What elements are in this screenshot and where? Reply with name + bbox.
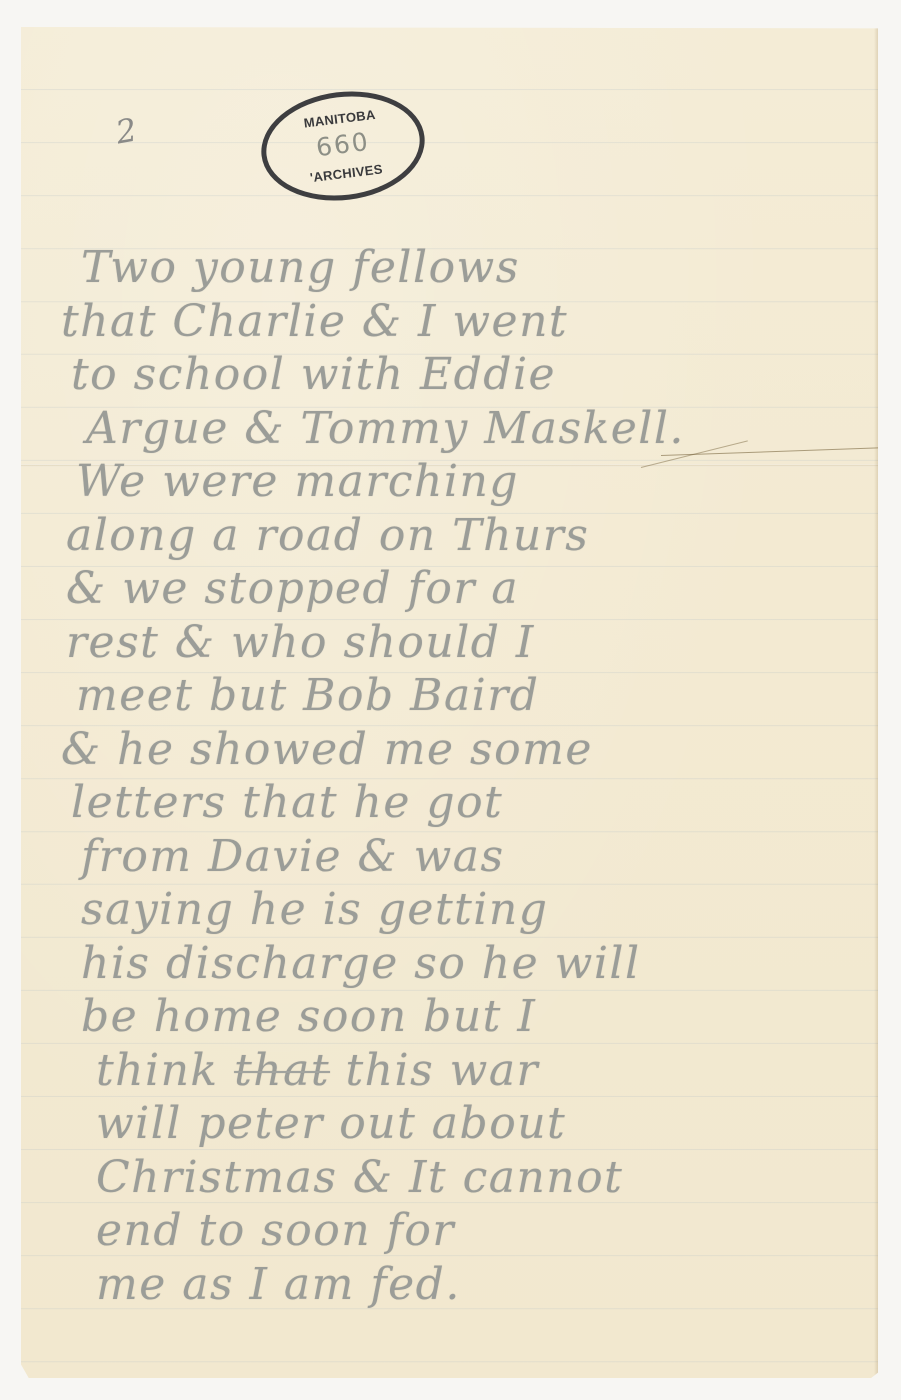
line-text: that Charlie & I went xyxy=(61,296,568,347)
letter-line: me as I am fed. xyxy=(61,1258,881,1312)
line-text: saying he is getting xyxy=(81,884,548,935)
letter-line: to school with Eddie xyxy=(61,348,881,402)
line-text: think xyxy=(96,1045,234,1096)
letter-line: & he showed me some xyxy=(61,723,881,777)
letter-line: Argue & Tommy Maskell. xyxy=(61,402,881,456)
letter-line: think that this war xyxy=(61,1044,881,1098)
archives-stamp: MANITOBA 660 'ARCHIVES xyxy=(255,82,431,209)
struck-through-word: that xyxy=(234,1045,330,1096)
letter-line: We were marching xyxy=(61,455,881,509)
line-text: from Davie & was xyxy=(81,831,505,882)
line-text: his discharge so he will xyxy=(81,938,641,989)
line-text: & he showed me some xyxy=(61,724,593,775)
letter-line: be home soon but I xyxy=(61,990,881,1044)
line-text: Two young fellows xyxy=(81,242,520,293)
letter-line: his discharge so he will xyxy=(61,937,881,991)
letter-line: saying he is getting xyxy=(61,883,881,937)
line-text: will peter out about xyxy=(96,1098,566,1149)
letter-page: 2 MANITOBA 660 'ARCHIVES Two young fello… xyxy=(21,27,878,1378)
line-text: Argue & Tommy Maskell. xyxy=(86,403,685,454)
letter-line: & we stopped for a xyxy=(61,562,881,616)
line-text: & we stopped for a xyxy=(66,563,519,614)
letter-line: letters that he got xyxy=(61,776,881,830)
line-text: meet but Bob Baird xyxy=(76,670,539,721)
line-text: me as I am fed. xyxy=(96,1259,461,1310)
line-text: rest & who should I xyxy=(66,617,535,668)
line-text: this war xyxy=(330,1045,539,1096)
letter-line: Two young fellows xyxy=(61,241,881,295)
letter-line: that Charlie & I went xyxy=(61,295,881,349)
letter-line: rest & who should I xyxy=(61,616,881,670)
letter-line: will peter out about xyxy=(61,1097,881,1151)
page-number: 2 xyxy=(113,111,140,152)
handwritten-letter-body: Two young fellows that Charlie & I went … xyxy=(61,241,881,1311)
letter-line: Christmas & It cannot xyxy=(61,1151,881,1205)
line-text: along a road on Thurs xyxy=(66,510,589,561)
line-text: be home soon but I xyxy=(81,991,536,1042)
letter-line: from Davie & was xyxy=(61,830,881,884)
letter-line: meet but Bob Baird xyxy=(61,669,881,723)
line-text: Christmas & It cannot xyxy=(96,1152,623,1203)
line-text: letters that he got xyxy=(71,777,503,828)
line-text: We were marching xyxy=(76,456,519,507)
line-text: to school with Eddie xyxy=(71,349,556,400)
line-text: end to soon for xyxy=(96,1205,455,1256)
letter-line: along a road on Thurs xyxy=(61,509,881,563)
letter-line: end to soon for xyxy=(61,1204,881,1258)
